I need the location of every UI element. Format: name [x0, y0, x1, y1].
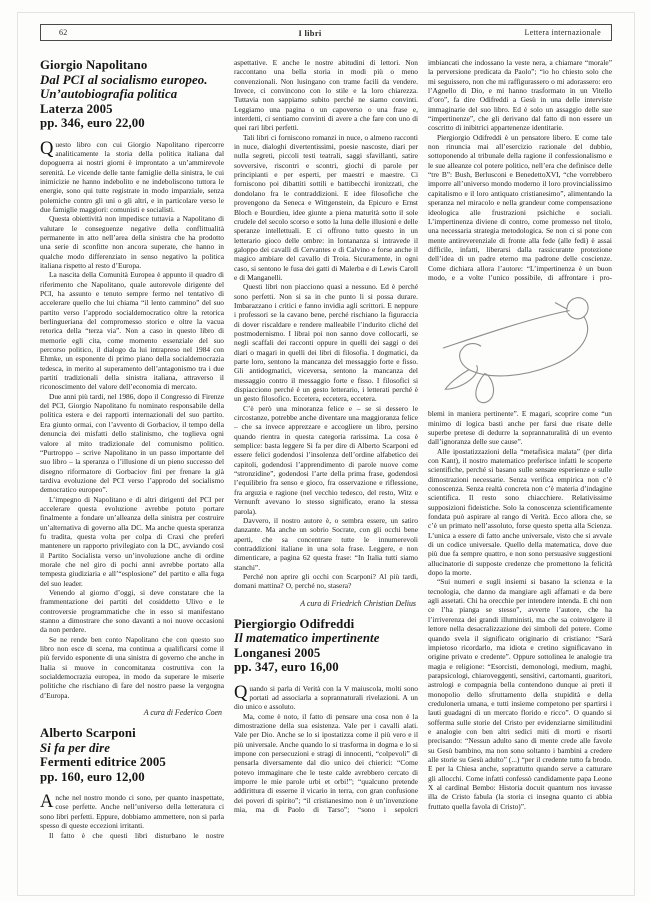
section-title: I libri — [179, 28, 441, 38]
body-paragraph: Due anni più tardi, nel 1986, dopo il Co… — [40, 392, 224, 495]
body-paragraph: aspettative. E anche le nostre abitudini… — [234, 58, 418, 133]
review-title-line: Dal PCI al socialismo europeo. — [40, 73, 224, 88]
body-paragraph: La nascita della Comunità Europea è appu… — [40, 270, 224, 391]
review-title-line: Un’autobiografia politica — [40, 87, 224, 102]
text-column-1: Giorgio NapolitanoDal PCI al socialismo … — [40, 58, 224, 880]
body-paragraph: Questi libri non piacciono quasi a nessu… — [234, 282, 418, 403]
drop-cap: Q — [40, 140, 55, 158]
journal-name: Lettera internazionale — [441, 28, 601, 37]
review-publisher: Fermenti editrice 2005 — [40, 755, 224, 770]
body-paragraph: blemi in maniera pertinente”. E magari, … — [428, 409, 612, 446]
review-publisher: Longanesi 2005 — [234, 646, 418, 661]
drop-cap: A — [40, 793, 55, 811]
review-byline: A cura di Friedrich Christian Delius — [234, 599, 416, 608]
page-content: 62 I libri Lettera internazionale Giorgi… — [40, 24, 612, 880]
drop-cap: Q — [234, 684, 249, 702]
body-paragraph: “Sui numeri e sugli insiemi si basano la… — [428, 577, 612, 811]
journal-page: { "header": { "page_number": "62", "sect… — [0, 0, 650, 902]
review-publisher: Laterza 2005 — [40, 102, 224, 117]
three-column-text: Giorgio NapolitanoDal PCI al socialismo … — [40, 58, 612, 880]
body-paragraph: Questo libro con cui Giorgio Napolitano … — [40, 140, 224, 215]
text-column-2: aspettative. E anche le nostre abitudini… — [234, 58, 418, 880]
body-paragraph: Questa obiettività non impedisce tuttavi… — [40, 214, 224, 270]
body-paragraph: C’è però una minoranza felice e – se si … — [234, 404, 418, 516]
body-paragraph: imbiancati che indossano la veste nera, … — [428, 58, 612, 133]
review-author: Giorgio Napolitano — [40, 58, 224, 73]
text-column-3: imbiancati che indossano la veste nera, … — [428, 58, 612, 880]
book-review-heading: Giorgio NapolitanoDal PCI al socialismo … — [40, 58, 224, 131]
body-paragraph: Ma, come è noto, il fatto di pensare una… — [234, 712, 418, 815]
dove-sketch — [431, 287, 609, 405]
body-paragraph: Quando si parla di Verità con la V maius… — [234, 684, 418, 712]
body-paragraph: Tali libri ci forniscono romanzi in nuce… — [234, 133, 418, 283]
book-review-heading: Piergiorgio OdifreddiIl matematico imper… — [234, 617, 418, 675]
review-author: Alberto Scarponi — [40, 726, 224, 741]
review-byline: A cura di Federico Coen — [40, 708, 222, 717]
book-review-heading: Alberto ScarponiSi fa per direFermenti e… — [40, 726, 224, 784]
body-paragraph: Davvero, il nostro autore è, o sembra es… — [234, 516, 418, 572]
review-pages-price: pp. 160, euro 12,00 — [40, 770, 224, 785]
running-header: 62 I libri Lettera internazionale — [40, 24, 612, 41]
page-number: 62 — [51, 28, 179, 37]
body-paragraph: Anche nel nostro mondo ci sono, per quan… — [40, 793, 224, 830]
review-pages-price: pp. 346, euro 22,00 — [40, 116, 224, 131]
body-paragraph: Il fatto è che questi libri disturbano l… — [40, 831, 224, 840]
body-paragraph: Alle ipostatizzazioni della “metafisica … — [428, 447, 612, 578]
body-paragraph: Venendo al giorno d’oggi, si deve consta… — [40, 588, 224, 635]
review-pages-price: pp. 347, euro 16,00 — [234, 660, 418, 675]
body-paragraph: L’impegno di Napolitano e di altri dirig… — [40, 495, 224, 588]
review-title-line: Il matematico impertinente — [234, 631, 418, 646]
review-title-line: Si fa per dire — [40, 741, 224, 756]
body-paragraph: Piergiorgio Odifreddi è un pensatore lib… — [428, 133, 612, 283]
body-paragraph: Perché non aprire gli occhi con Scarponi… — [234, 572, 418, 591]
review-author: Piergiorgio Odifreddi — [234, 617, 418, 632]
body-paragraph: Se ne rende ben conto Napolitano che con… — [40, 635, 224, 700]
